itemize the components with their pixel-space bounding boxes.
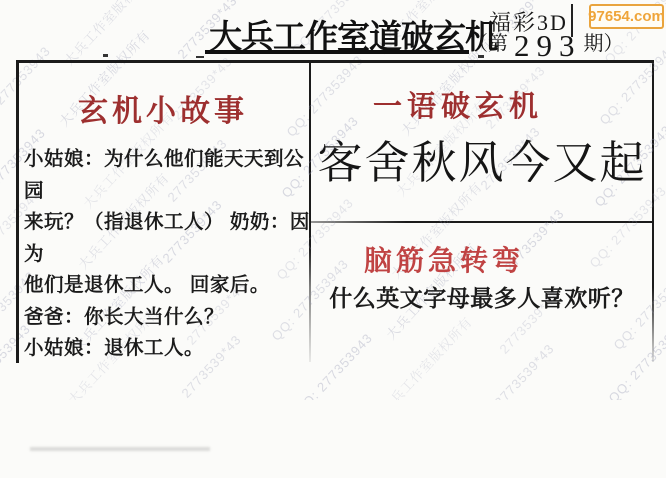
watermark-text: 大兵工作室版权所有	[59, 0, 159, 69]
hint-phrase: 客舍秋风今又起	[310, 126, 654, 191]
story-line: 小姑娘：退休工人。	[24, 333, 310, 365]
box-border-right	[652, 62, 654, 362]
watermark-text: QQ: 277353943	[0, 0, 29, 49]
hint-section-title: 一语破玄机	[286, 84, 630, 125]
title-underline	[205, 50, 469, 54]
lottery-flyer-page: QQ: 277353943大兵工作室版权所有2773539*43QQ: 2773…	[0, 0, 666, 478]
story-line: 来玩？（指退休工人） 奶奶：因为	[24, 207, 310, 270]
watermark-text: QQ: 277353943	[606, 318, 666, 400]
issue-suffix: 期）	[584, 33, 624, 55]
story-section-title: 玄机小故事	[16, 86, 310, 130]
scan-speck	[103, 54, 108, 57]
story-text: 小姑娘：为什么他们能天天到公园 来玩？（指退休工人） 奶奶：因为 他们是退休工人…	[24, 144, 310, 365]
issue-prefix: （第	[468, 33, 508, 55]
riddle-question: 什么英文字母最多人喜欢听？	[310, 280, 654, 313]
site-url-badge[interactable]: 97654.com	[589, 4, 664, 29]
riddle-section-title: 脑筋急转弯	[272, 239, 616, 279]
section-divider	[311, 221, 652, 223]
story-line: 爸爸：你长大当什么？	[24, 302, 310, 334]
story-line: 他们是退休工人。 回家后。	[24, 270, 310, 302]
watermark-text: 2773539*43	[492, 341, 558, 400]
story-line: 小姑娘：为什么他们能天天到公园	[24, 144, 310, 207]
issue-number: 293	[514, 28, 582, 63]
issue-number-line: （第293期）	[468, 27, 624, 64]
scan-smudge	[30, 447, 210, 451]
scan-speck	[196, 56, 204, 58]
watermark-text: 大兵工作室版权所有	[376, 312, 476, 400]
